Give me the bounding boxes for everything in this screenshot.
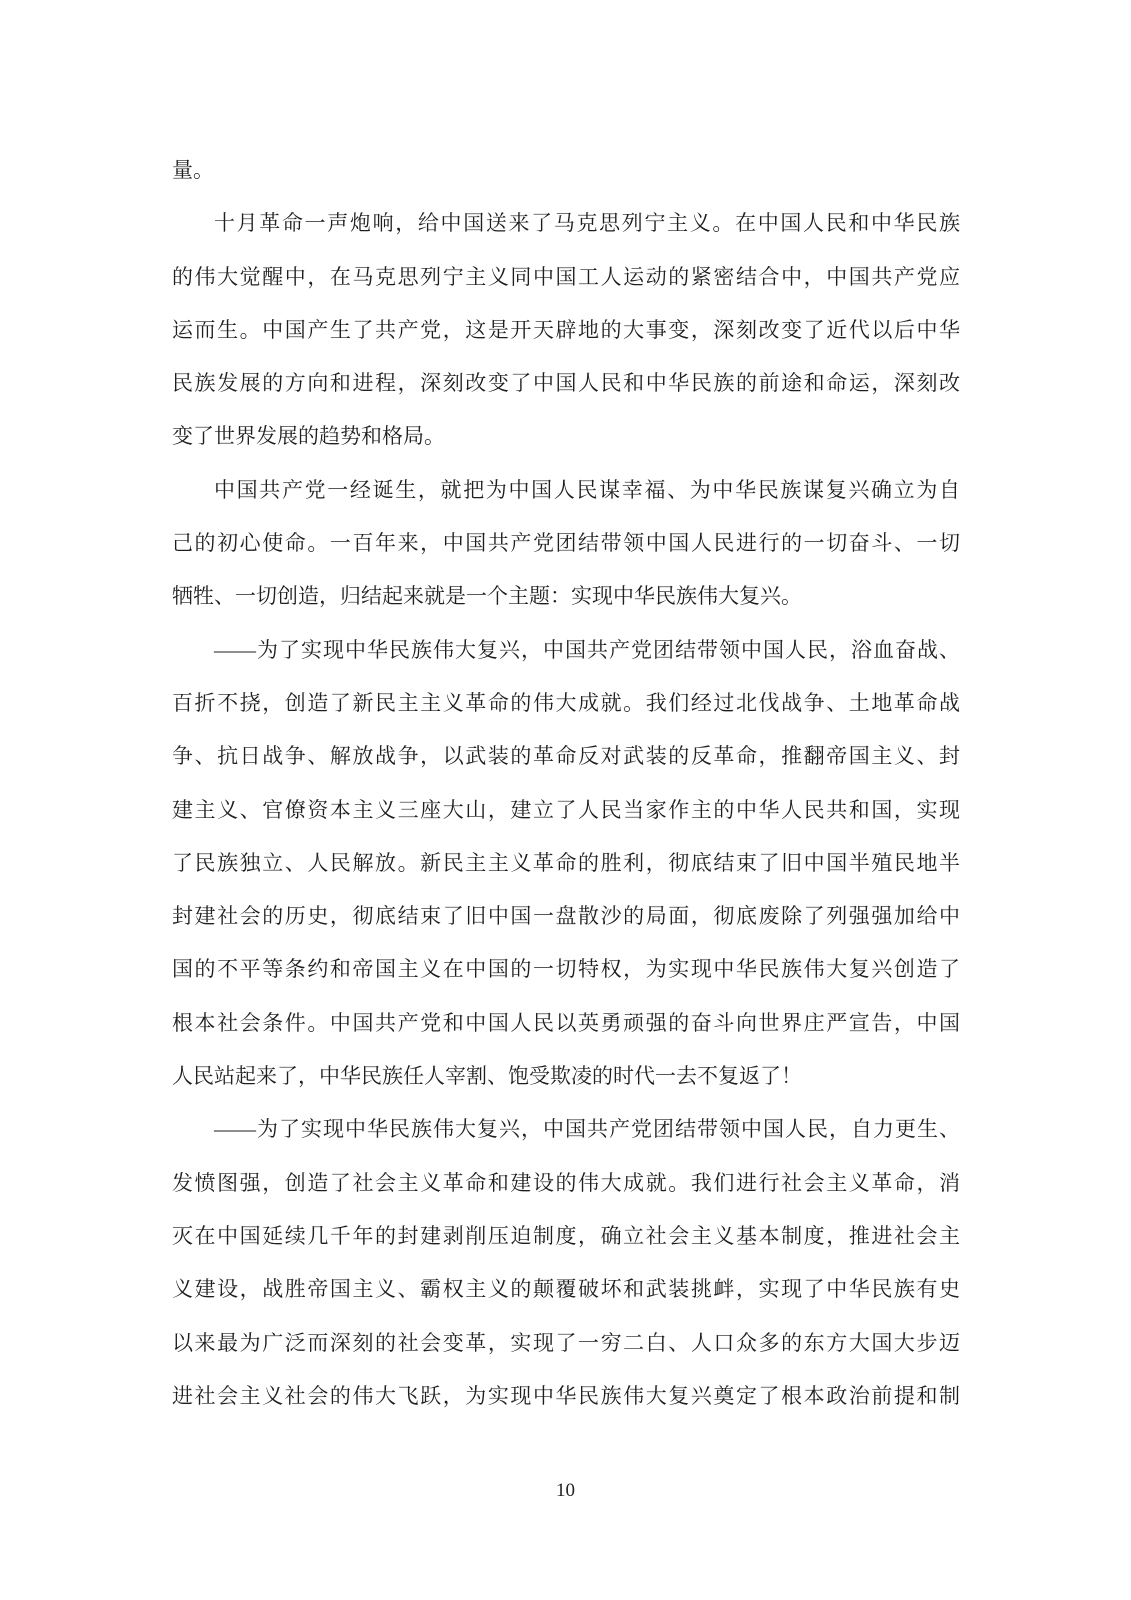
text-line: 国的不平等条约和帝国主义在中国的一切特权，为实现中华民族伟大复兴创造了 <box>172 943 960 996</box>
text-line: 封建社会的历史，彻底结束了旧中国一盘散沙的局面，彻底废除了列强强加给中 <box>172 890 960 943</box>
text-line: 进社会主义社会的伟大飞跃，为实现中华民族伟大复兴奠定了根本政治前提和制 <box>172 1370 960 1423</box>
text-line: 量。 <box>172 144 960 197</box>
text-line: 建主义、官僚资本主义三座大山，建立了人民当家作主的中华人民共和国，实现 <box>172 784 960 837</box>
text-line: ——为了实现中华民族伟大复兴，中国共产党团结带领中国人民，自力更生、 <box>172 1103 960 1156</box>
text-line: 百折不挠，创造了新民主主义革命的伟大成就。我们经过北伐战争、土地革命战 <box>172 677 960 730</box>
text-line: 变了世界发展的趋势和格局。 <box>172 410 960 463</box>
text-line: 发愤图强，创造了社会主义革命和建设的伟大成就。我们进行社会主义革命，消 <box>172 1157 960 1210</box>
page-number: 10 <box>0 1478 1131 1504</box>
text-line: 义建设，战胜帝国主义、霸权主义的颠覆破坏和武装挑衅，实现了中华民族有史 <box>172 1263 960 1316</box>
text-line: 民族发展的方向和进程，深刻改变了中国人民和中华民族的前途和命运，深刻改 <box>172 357 960 410</box>
text-line: 己的初心使命。一百年来，中国共产党团结带领中国人民进行的一切奋斗、一切 <box>172 517 960 570</box>
text-line: 人民站起来了，中华民族任人宰割、饱受欺凌的时代一去不复返了！ <box>172 1050 960 1103</box>
text-line: 争、抗日战争、解放战争，以武装的革命反对武装的反革命，推翻帝国主义、封 <box>172 730 960 783</box>
text-line: 十月革命一声炮响，给中国送来了马克思列宁主义。在中国人民和中华民族 <box>172 197 960 250</box>
text-line: 中国共产党一经诞生，就把为中国人民谋幸福、为中华民族谋复兴确立为自 <box>172 464 960 517</box>
text-line: ——为了实现中华民族伟大复兴，中国共产党团结带领中国人民，浴血奋战、 <box>172 624 960 677</box>
text-line: 灭在中国延续几千年的封建剥削压迫制度，确立社会主义基本制度，推进社会主 <box>172 1210 960 1263</box>
text-line: 运而生。中国产生了共产党，这是开天辟地的大事变，深刻改变了近代以后中华 <box>172 304 960 357</box>
text-line: 的伟大觉醒中，在马克思列宁主义同中国工人运动的紧密结合中，中国共产党应 <box>172 251 960 304</box>
text-line: 以来最为广泛而深刻的社会变革，实现了一穷二白、人口众多的东方大国大步迈 <box>172 1317 960 1370</box>
text-line: 牺牲、一切创造，归结起来就是一个主题：实现中华民族伟大复兴。 <box>172 570 960 623</box>
text-line: 根本社会条件。中国共产党和中国人民以英勇顽强的奋斗向世界庄严宣告，中国 <box>172 997 960 1050</box>
text-line: 了民族独立、人民解放。新民主主义革命的胜利，彻底结束了旧中国半殖民地半 <box>172 837 960 890</box>
document-body: 量。十月革命一声炮响，给中国送来了马克思列宁主义。在中国人民和中华民族的伟大觉醒… <box>172 144 960 1423</box>
document-page: 量。十月革命一声炮响，给中国送来了马克思列宁主义。在中国人民和中华民族的伟大觉醒… <box>0 0 1131 1600</box>
